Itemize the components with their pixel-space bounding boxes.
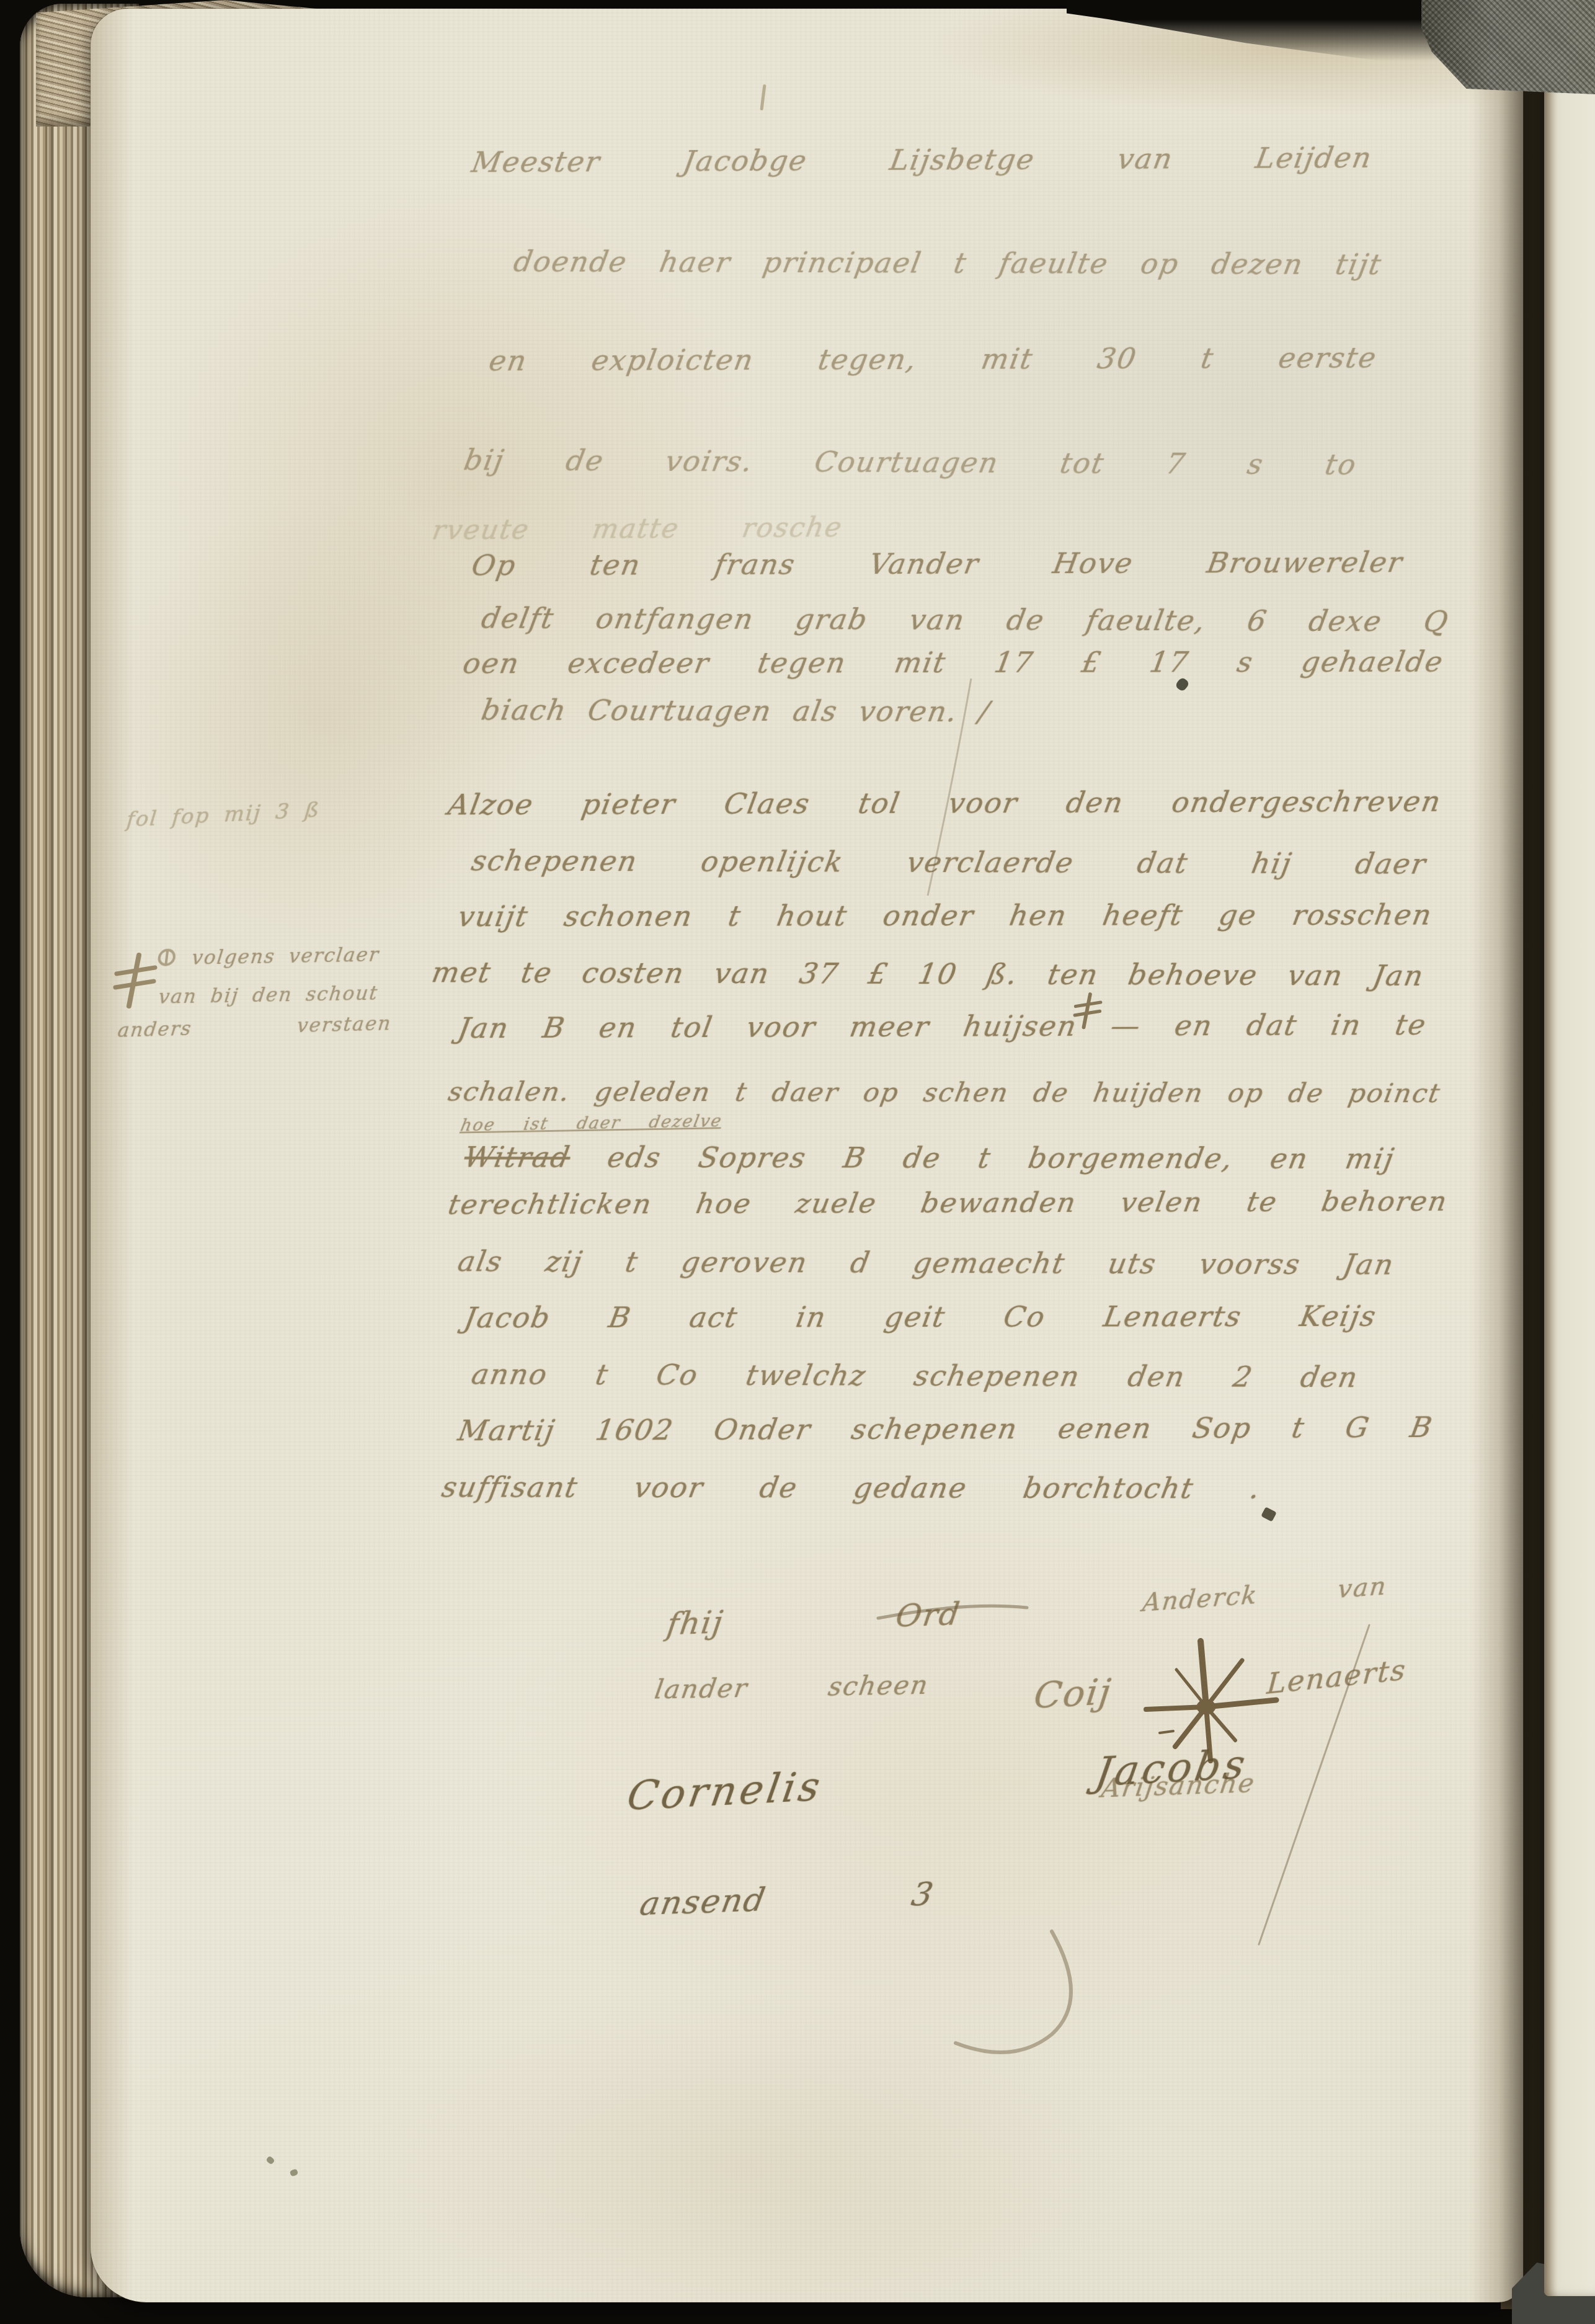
by-order-line: fhij Ord (665, 1596, 963, 1642)
para3-interlinear-insertion: hoe ist daer dezelve (459, 1112, 724, 1136)
para3-line7-rest: eds Sopres B de t borgemende, en mij (605, 1140, 1397, 1175)
margin-insert-mark-icon (110, 951, 160, 1010)
para3-line: Jan B en tol voor meer huijsen — en dat … (456, 1008, 1429, 1044)
manuscript-page: Meester Jacobge Lijsbetge van Leijden do… (91, 9, 1523, 2302)
facing-page-edge (1544, 73, 1595, 2296)
book-scan: Meester Jacobge Lijsbetge van Leijden do… (0, 0, 1595, 2324)
para3-line: vuijt schonen t hout onder hen heeft ge … (456, 897, 1436, 933)
mark-caption: Anderck van (1141, 1572, 1388, 1618)
para3-line-corrected: Witrad eds Sopres B de t borgemende, en … (461, 1140, 1397, 1175)
para2-line: biach Courtuagen als voren. / (479, 693, 993, 728)
gutter-shadow (1471, 9, 1523, 2302)
stray-pen-tick-icon (760, 84, 766, 110)
para2-line: Op ten frans Vander Hove Brouwereler (469, 545, 1406, 582)
clerk-signature: Cornelis Jacobs (624, 1742, 1251, 1820)
para3-line: met te costen van 37 £ 10 ß. ten behoeve… (429, 955, 1427, 992)
margin-insert-note-line: volgens verclaer (154, 943, 375, 970)
ink-speck-icon (290, 2168, 299, 2177)
para3-line: schepenen openlijck verclaerde dat hij d… (469, 844, 1429, 880)
struck-word: Witrad (461, 1140, 573, 1173)
ink-speck-icon (1175, 677, 1190, 692)
margin-insert-note-line: van bij den schout (158, 982, 371, 1008)
para1-line: bij de voirs. Courtuagen tot 7 s to (461, 443, 1359, 481)
para1-line: rveute matte rosche (430, 511, 845, 546)
heavy-ink-period (1261, 1507, 1277, 1521)
para2-line: delft ontfangen grab van de faeulte, 6 d… (479, 601, 1452, 638)
co-word: Coij (1032, 1668, 1168, 1717)
ink-speck-icon (265, 2155, 275, 2165)
para3-line: suffisant voor de gedane borchtocht . (439, 1470, 1263, 1505)
signature-name: Lenaerts (1266, 1642, 1507, 1700)
clerk-signature-suffix: ansend 3 (637, 1876, 937, 1923)
para3-line: Jacob B act in geit Co Lenaerts Keijs (462, 1299, 1380, 1334)
para3-line: terechtlicken hoe zuele bewanden velen t… (446, 1184, 1451, 1221)
margin-fol-note: fol fop mij 3 ß (125, 798, 321, 832)
para1-line: en exploicten tegen, mit 30 t eerste (487, 341, 1380, 377)
by-order-line: lander scheen (652, 1670, 931, 1705)
para2-line: oen excedeer tegen mit 17 £ 17 s gehaeld… (461, 644, 1447, 680)
para3-line: Alzoe pieter Claes tol voor den onderges… (446, 784, 1444, 821)
para3-line: schalen. geleden t daer op schen de huij… (446, 1076, 1443, 1109)
margin-insert-note-text: volgens verclaer (190, 944, 381, 969)
para1-line: doende haer principael t faeulte op deze… (511, 244, 1385, 281)
para3-line: Martij 1602 Onder schepenen eenen Sop t … (456, 1410, 1436, 1447)
margin-insert-note-line: anders verstaen (117, 1012, 393, 1042)
circle-mark-icon (155, 946, 180, 969)
para3-line: als zij t geroven d gemaecht uts voorss … (455, 1244, 1397, 1281)
para1-line: Meester Jacobge Lijsbetge van Leijden (469, 140, 1375, 179)
para3-line: anno t Co twelchz schepenen den 2 den (469, 1357, 1361, 1394)
